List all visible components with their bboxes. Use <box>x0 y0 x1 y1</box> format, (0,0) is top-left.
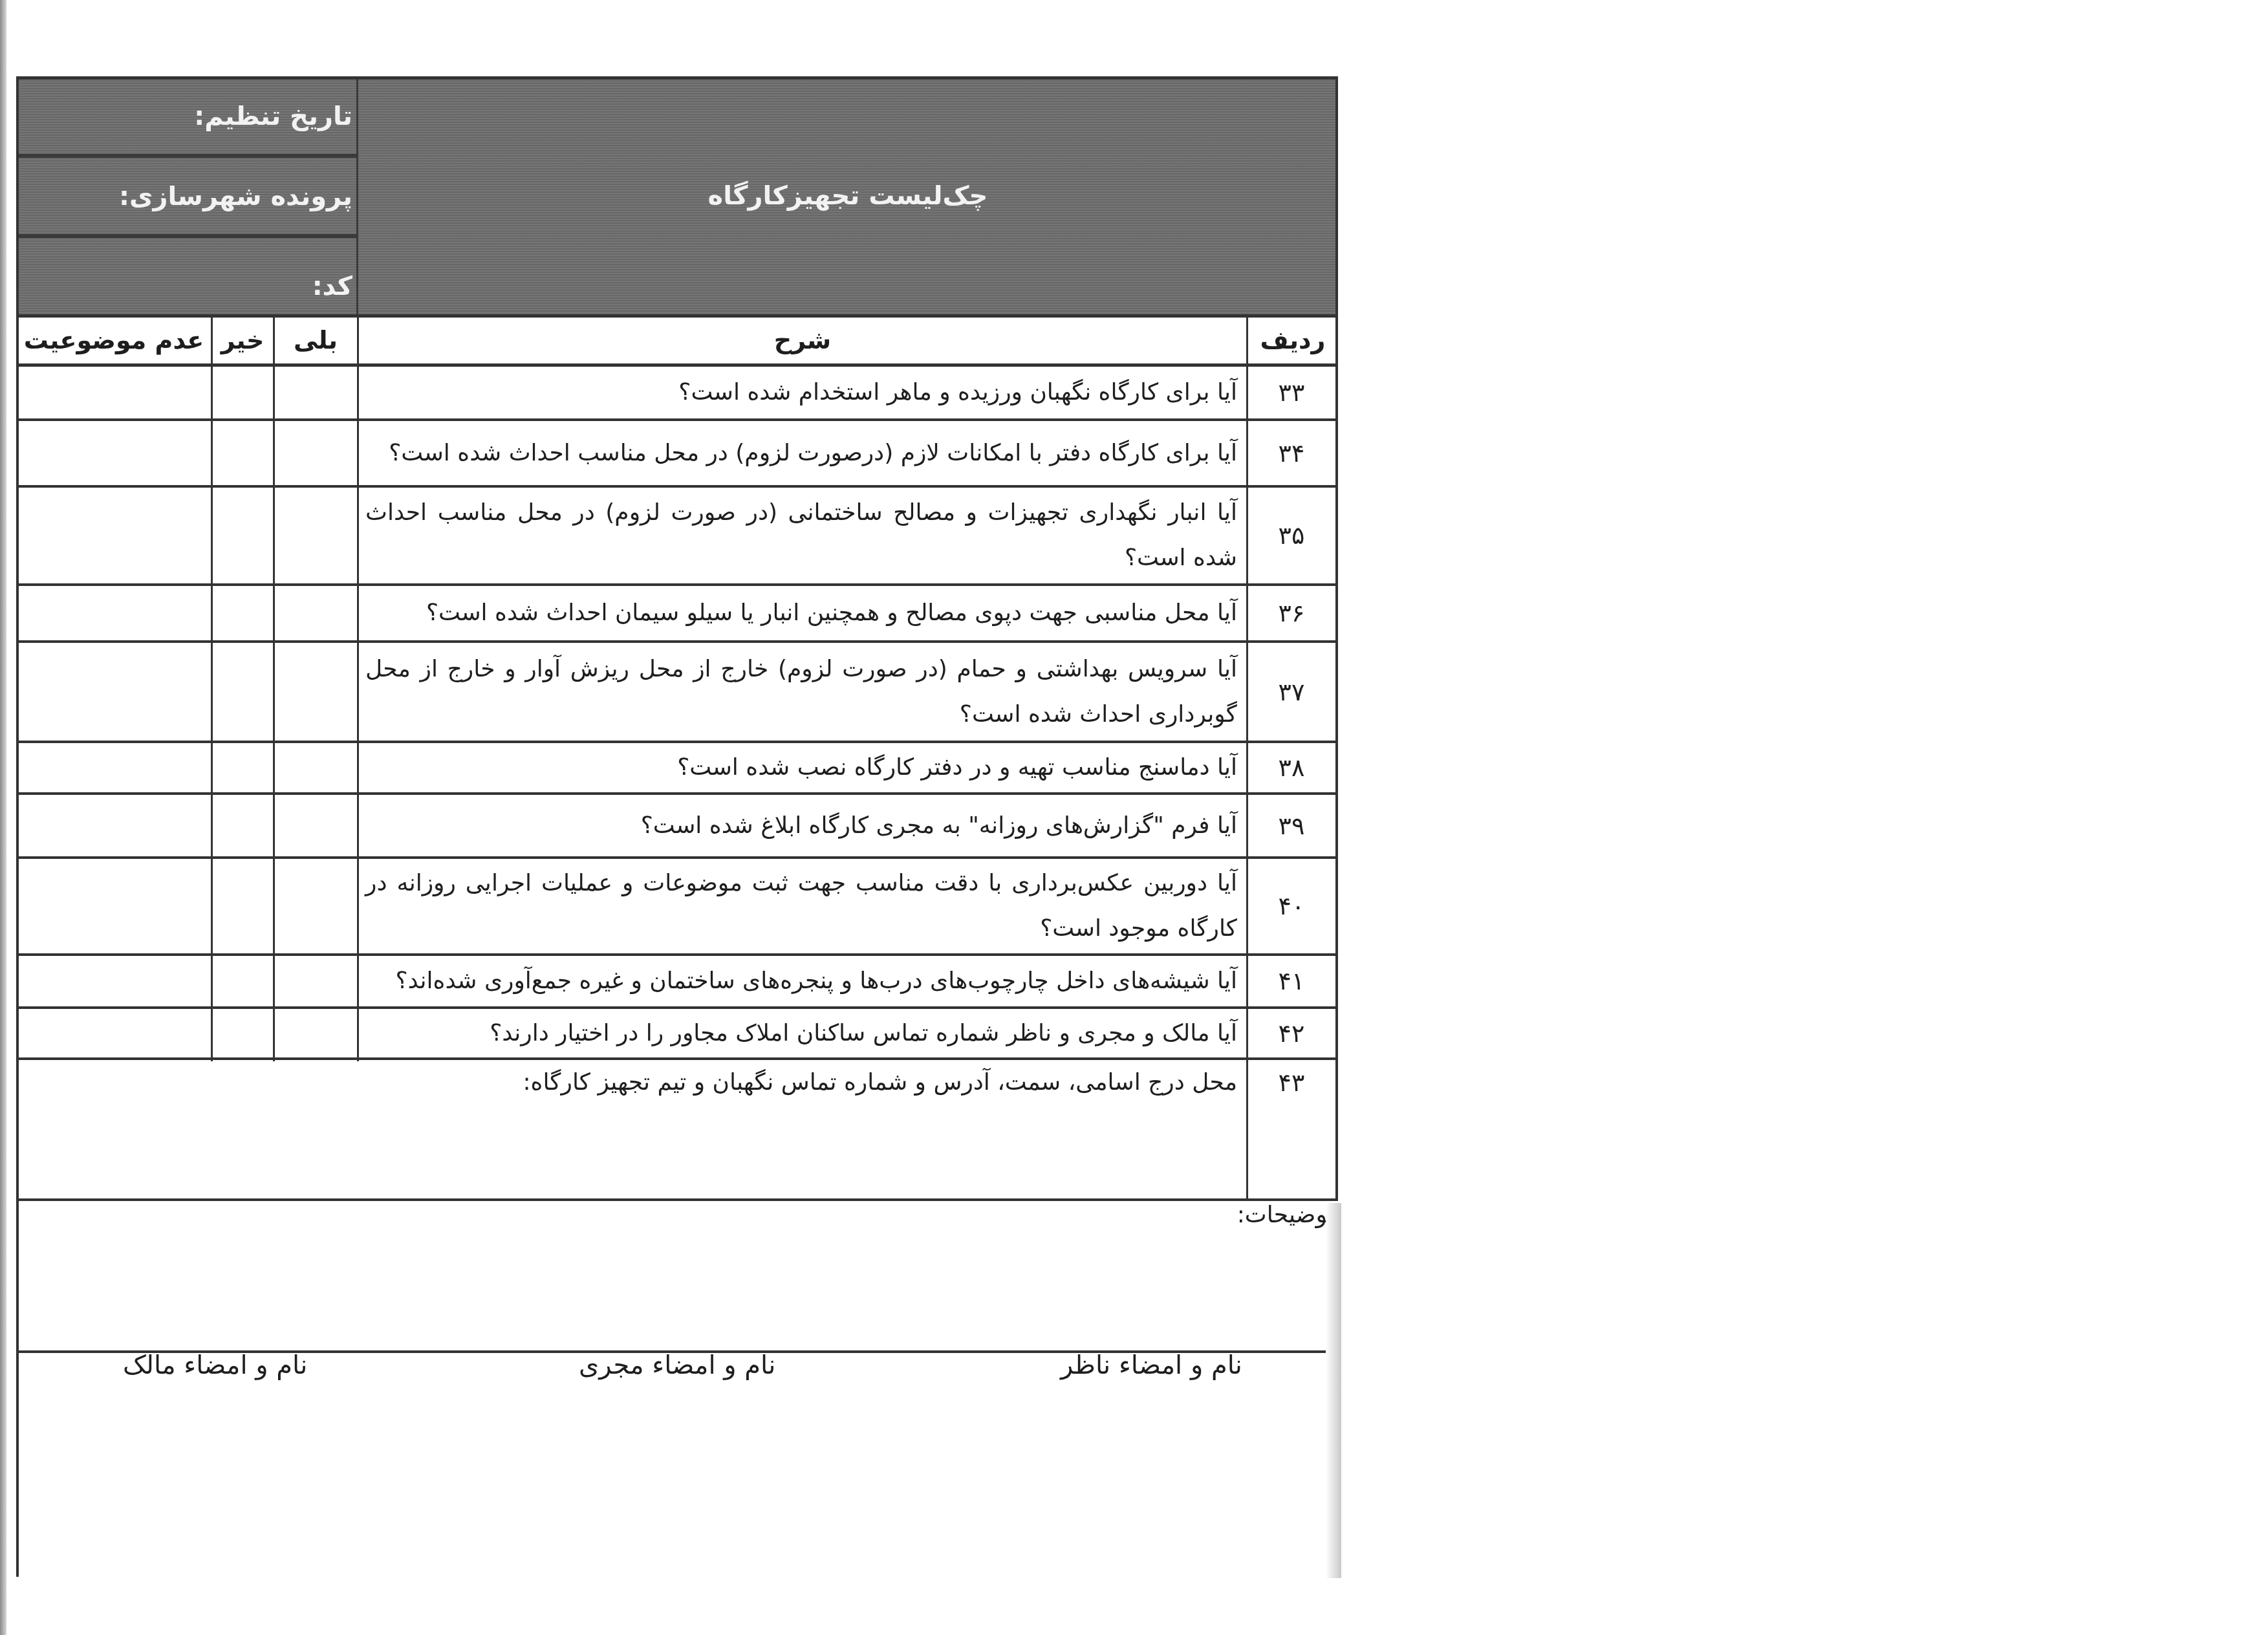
column-header-na: عدم موضوعیت <box>16 316 211 365</box>
form-title: چک‌لیست تجهیزکارگاه <box>358 76 1338 316</box>
question-text: محل درج اسامی، سمت، آدرس و شماره تماس نگ… <box>29 1060 1240 1105</box>
row-number: ۳۸ <box>1247 743 1335 792</box>
question-text: آیا دماسنج مناسب تهیه و در دفتر کارگاه ن… <box>365 743 1240 792</box>
team-info-field[interactable] <box>19 1105 1246 1198</box>
owner-signature-label: نام و امضاء مالک <box>123 1350 307 1380</box>
row-number: ۴۳ <box>1247 1060 1335 1105</box>
divider <box>357 316 359 1061</box>
row-number: ۳۴ <box>1247 421 1335 485</box>
row-number: ۴۰ <box>1247 859 1335 953</box>
supervisor-signature-label: نام و امضاء ناظر <box>1061 1350 1242 1380</box>
question-text: آیا شیشه‌های داخل چارچوب‌های درب‌ها و پن… <box>365 956 1240 1006</box>
divider <box>16 154 358 158</box>
border <box>16 76 1338 80</box>
divider <box>356 76 358 316</box>
column-header-description: شرح <box>358 316 1247 365</box>
code-field-label: کد: <box>16 237 358 316</box>
no-checkbox-column[interactable] <box>213 367 273 1057</box>
row-number: ۴۱ <box>1247 956 1335 1006</box>
column-header-no: خیر <box>211 316 274 365</box>
scan-edge-shadow <box>0 0 6 1635</box>
column-header-row: ردیف <box>1247 316 1338 365</box>
border <box>1335 76 1338 1200</box>
question-text: آیا مالک و مجری و ناظر شماره تماس ساکنان… <box>365 1009 1240 1057</box>
file-field-label: پرونده شهرسازی: <box>16 157 358 237</box>
row-number: ۳۳ <box>1247 367 1335 418</box>
question-text: آیا برای کارگاه نگهبان ورزیده و ماهر است… <box>365 367 1240 418</box>
signature-area[interactable] <box>19 1396 1335 1577</box>
row-number: ۳۹ <box>1247 795 1335 856</box>
border <box>16 314 1338 318</box>
contractor-signature-label: نام و امضاء مجری <box>579 1350 775 1380</box>
notes-label: توضیحات: <box>1237 1202 1334 1228</box>
row-number: ۳۵ <box>1247 488 1335 583</box>
page-fold-shadow <box>1326 1203 1341 1578</box>
na-checkbox-column[interactable] <box>19 367 211 1057</box>
divider <box>16 1198 1338 1201</box>
question-text: آیا محل مناسبی جهت دپوی مصالح و همچنین ا… <box>365 586 1240 640</box>
notes-field[interactable] <box>19 1240 1335 1350</box>
row-number: ۳۶ <box>1247 586 1335 640</box>
question-text: آیا سرویس بهداشتی و حمام (در صورت لزوم) … <box>365 643 1240 741</box>
question-text: آیا انبار نگهداری تجهیزات و مصالح ساختما… <box>365 488 1240 583</box>
question-text: آیا فرم "گزارش‌های روزانه" به مجری کارگا… <box>365 795 1240 856</box>
question-text: آیا برای کارگاه دفتر با امکانات لازم (در… <box>365 421 1240 485</box>
question-text: آیا دوربین عکس‌برداری با دقت مناسب جهت ث… <box>365 859 1240 953</box>
yes-checkbox-column[interactable] <box>275 367 357 1057</box>
column-header-yes: بلی <box>274 316 358 365</box>
checklist-form: چک‌لیست تجهیزکارگاه تاریخ تنظیم: پرونده … <box>16 76 1338 1577</box>
date-field-label: تاریخ تنظیم: <box>16 76 358 157</box>
divider <box>16 234 358 238</box>
row-number: ۴۲ <box>1247 1009 1335 1057</box>
row-number: ۳۷ <box>1247 643 1335 741</box>
